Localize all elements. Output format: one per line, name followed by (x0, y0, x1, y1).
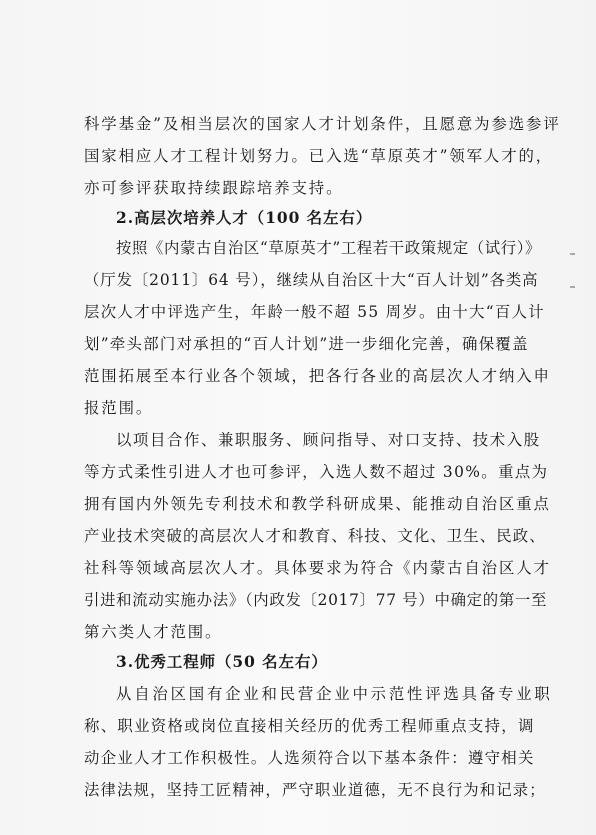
body-text-line: 动企业人才工作积极性。人选须符合以下基本条件：遵守相关 (84, 748, 554, 768)
body-text-line: 称、职业资格或岗位直接相关经历的优秀工程师重点支持，调 (84, 716, 554, 736)
scan-mark (570, 286, 575, 288)
body-text-line: 引进和流动实施办法》（内政发〔2017〕77 号）中确定的第一至 (84, 590, 554, 610)
body-text-line: 第六类人才范围。 (84, 622, 554, 642)
body-text-line: 产业技术突破的高层次人才和教育、科技、文化、卫生、民政、 (84, 526, 554, 546)
section-heading-3: 3.优秀工程师（50 名左右） (116, 652, 586, 672)
scan-mark (570, 253, 575, 255)
body-text-line: 法律法规，坚持工匠精神，严守职业道德，无不良行为和记录； (84, 780, 554, 800)
body-text-line: 从自治区国有企业和民营企业中示范性评选具备专业职 (116, 684, 586, 704)
section-heading-2: 2.高层次培养人才（100 名左右） (116, 208, 586, 228)
body-text-line: 社科等领域高层次人才。具体要求为符合《内蒙古自治区人才 (84, 558, 554, 578)
body-text-line: 层次人才中评选产生，年龄一般不超 55 周岁。由十大“百人计 (84, 302, 554, 322)
body-text-line: 国家相应人才工程计划努力。已入选“草原英才”领军人才的， (84, 146, 554, 166)
body-text-line: 等方式柔性引进人才也可参评，入选人数不超过 30%。重点为 (84, 462, 554, 482)
document-page: 科学基金”及相当层次的国家人才计划条件，且愿意为参选参评 国家相应人才工程计划努… (0, 0, 596, 835)
body-text-line: 亦可参评获取持续跟踪培养支持。 (84, 178, 554, 198)
body-text-line: （厅发〔2011〕64 号），继续从自治区十大“百人计划”各类高 (84, 270, 554, 290)
body-text-line: 范围拓展至本行业各个领域，把各行各业的高层次人才纳入申 (84, 366, 554, 386)
body-text-line: 报范围。 (84, 398, 554, 418)
body-text-line: 划”牵头部门对承担的“百人计划”进一步细化完善，确保覆盖 (84, 334, 554, 354)
body-text-line: 科学基金”及相当层次的国家人才计划条件，且愿意为参选参评 (84, 114, 554, 134)
body-text-line: 按照《内蒙古自治区“草原英才”工程若干政策规定（试行）》 (116, 238, 586, 258)
body-text-line: 以项目合作、兼职服务、顾问指导、对口支持、技术入股 (116, 430, 586, 450)
body-text-line: 拥有国内外领先专利技术和教学科研成果、能推动自治区重点 (84, 494, 554, 514)
